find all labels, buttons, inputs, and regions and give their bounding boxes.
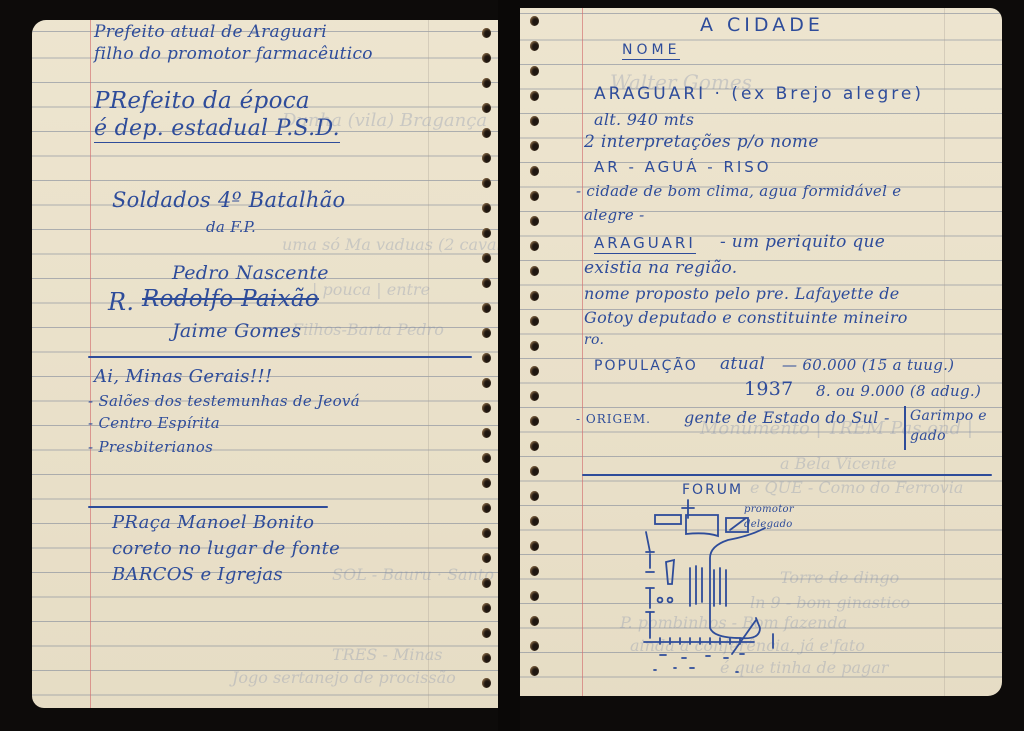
origin-side-line2: gado — [910, 428, 946, 444]
population-year-value: 8. ou 9.000 (8 adug.) — [816, 382, 981, 400]
origin-side-line1: Garimpo e — [910, 408, 987, 424]
section-divider — [88, 506, 328, 508]
note-altitude: alt. 940 mts — [594, 110, 694, 129]
note-interpretacoes: 2 interpretações p/o nome — [584, 132, 819, 152]
note-barcos-igrejas: BARCOS e Igrejas — [112, 564, 283, 585]
note-praca-manoel-bonito: PRaça Manoel Bonito — [112, 512, 314, 533]
note-filho-promotor: filho do promotor farmacêutico — [94, 44, 373, 64]
faint-guide-line — [944, 8, 945, 696]
section-divider — [582, 474, 992, 476]
note-nome-proposto: nome proposto pelo pre. Lafayette de — [584, 284, 900, 303]
note-araguari-heading: ARAGUARI — [594, 234, 696, 254]
forum-sketch-diagram — [610, 488, 810, 688]
note-name-above: Pedro Nascente — [172, 262, 329, 284]
population-year: 1937 — [744, 378, 794, 400]
bleed-through-text: a Bela Vicente — [780, 454, 897, 473]
bleed-through-text: Jogo sertanejo de procissão — [232, 668, 456, 687]
list-item: - Salões dos testemunhas de Jeová — [88, 392, 360, 410]
population-current-label: atual — [720, 354, 765, 374]
note-prefeito-epoca: PRefeito da época — [94, 88, 310, 114]
section-divider — [88, 356, 472, 358]
note-ar-agua-riso: AR - AGUÁ - RISO — [594, 158, 772, 176]
note-forca-publica: da F.P. — [206, 218, 256, 236]
note-gotoy-deputado: Gotoy deputado e constituinte mineiro — [584, 308, 908, 327]
origin-separator — [904, 406, 906, 450]
note-periquito: - um periquito que — [720, 232, 885, 252]
note-alegre: alegre - — [584, 206, 645, 224]
note-name-below: Jaime Gomes — [172, 320, 301, 342]
bleed-through-text: Filhos-Barta Pedro — [292, 320, 444, 339]
note-ro: ro. — [584, 332, 604, 348]
note-araguari-ex-brejo: ARAGUARI · (ex Brejo alegre) — [594, 84, 924, 104]
population-current-value: — 60.000 (15 a tuug.) — [782, 356, 954, 374]
notebook-spine — [498, 0, 520, 731]
note-dep-estadual: é dep. estadual P.S.D. — [94, 116, 340, 143]
right-notebook-page: Walter Gomes Monumento | TREM Pas ond | … — [520, 8, 1002, 696]
bleed-through-text: TRES - Minas — [332, 645, 443, 664]
origin-label: - ORIGEM. — [576, 412, 651, 426]
margin-line — [90, 20, 91, 708]
note-cidade-clima: - cidade de bom clima, agua formidável e — [576, 182, 901, 200]
left-notebook-page: Dunha (vila) Bragança uma só Ma vaduas (… — [32, 20, 498, 708]
note-minas-gerais: Ai, Minas Gerais!!! — [94, 366, 272, 387]
note-soldados-batalhao: Soldados 4º Batalhão — [112, 188, 345, 212]
note-coreto: coreto no lugar de fonte — [112, 538, 340, 559]
bleed-through-text: SOL - Bauru · Santo — [332, 565, 494, 584]
note-name-prefix: R. — [108, 288, 134, 316]
page-title: A CIDADE — [700, 14, 824, 36]
margin-line — [582, 8, 583, 696]
section-heading-nome: NOME — [622, 42, 680, 60]
list-item: - Centro Espírita — [88, 414, 220, 432]
list-item: - Presbiterianos — [88, 438, 213, 456]
note-crossed-out-name: Rodolfo Paixão — [142, 286, 319, 312]
bleed-through-text: | pouca | entre — [312, 280, 430, 299]
note-existia-regiao: existia na região. — [584, 258, 738, 278]
population-label: POPULAÇÃO — [594, 358, 698, 374]
origin-text: gente de Estado do Sul - — [684, 408, 890, 427]
note-prefeito-atual: Prefeito atual de Araguari — [94, 22, 327, 42]
bleed-through-text: uma só Ma vaduas (2 cavalos) — [282, 235, 498, 254]
spiral-holes — [528, 16, 540, 696]
